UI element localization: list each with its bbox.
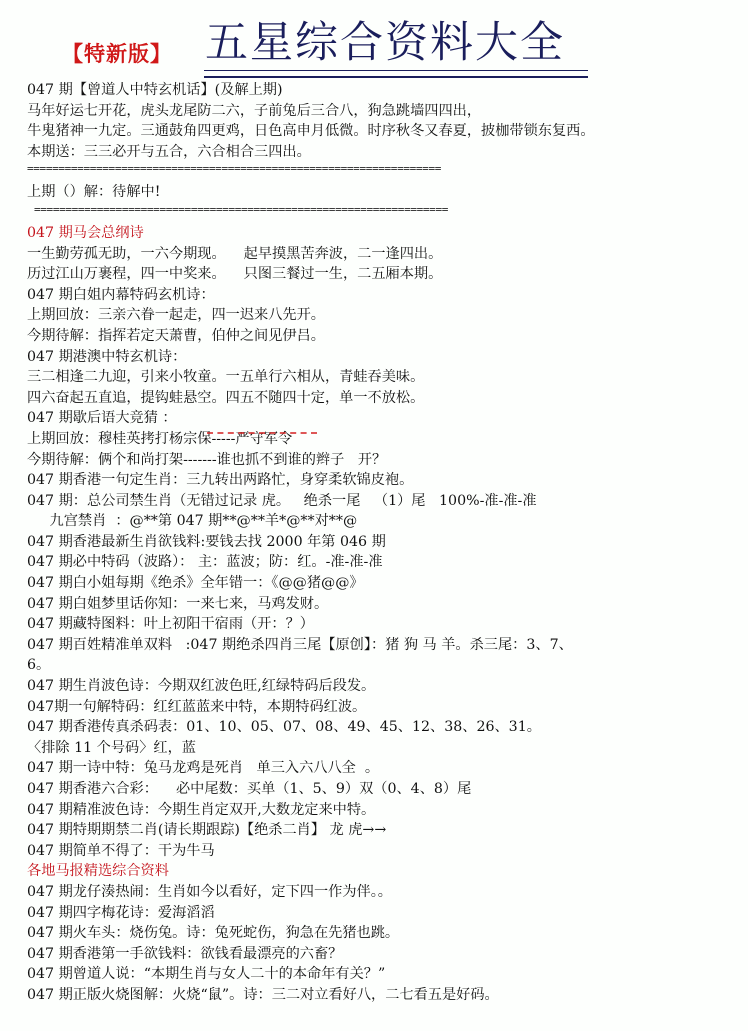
content-line: 047 期：总公司禁生肖（无错过记录 虎。 绝杀一尾 （1）尾 100%-准-准… [27, 491, 742, 512]
page-title: 五星综合资料大全 [205, 18, 565, 68]
content-line: 历过江山万裹程，四一中奖来。 只图三餐过一生，二五厢本期。 [27, 264, 742, 285]
content-line: 一生勤劳孤无助，一六今期现。 起早摸黑苦奔波，二一逢四出。 [27, 244, 742, 265]
content-line: 047 期曾道人说：“本期生肖与女人二十的本命年有关？” [27, 964, 742, 985]
edition-badge: 【特新版】 [62, 38, 172, 68]
content-line: 047 期生肖波色诗：今期双红波色旺,红绿特码后段发。 [27, 676, 742, 697]
content-line: 047 期简单不得了：干为牛马 [27, 841, 742, 862]
section-heading: 047 期马会总纲诗 [27, 223, 742, 244]
intro-line: 牛鬼猪神一九定。三通鼓角四更鸡，日色高申月低微。时序秋冬又春夏，披枷带锁东复西。 [27, 121, 742, 142]
section-heading: 各地马报精选综合资料 [27, 861, 742, 882]
content-line: 6。 [27, 655, 742, 676]
content-line: 三二相逢二九迎，引来小牧童。一五单行六相从，青蛙吞美味。 [27, 367, 742, 388]
content-line: 今期待解：指挥若定天萧曹，伯仲之间见伊吕。 [27, 326, 742, 347]
content-line: 047 期必中特码（波路）： 主：蓝波；防：红。-准-准-准 [27, 552, 742, 573]
content-line-with-overlay: 上期回放：穆桂英拷打杨宗保-----严守军令 [27, 429, 742, 450]
content-line: 047 期百姓精准单双料 :047 期绝杀四肖三尾【原创】：猪 狗 马 羊。杀三… [27, 635, 742, 656]
content-line: 〈排除 11 个号码〉红，蓝 [27, 738, 742, 759]
content-line: 047 期香港传真杀码表：01、10、05、07、08、49、45、12、38、… [27, 717, 742, 738]
content-line: 047期一句解特码：红红蓝蓝来中特，本期特码红波。 [27, 697, 742, 718]
content-line: 047 期特期期禁二肖(请长期跟踪)【绝杀二肖】 龙 虎→→ [27, 820, 742, 841]
content-line: 上期回放：穆桂英拷打杨宗保-----严守军令 [27, 429, 742, 450]
document-body: 047 期【曾道人中特玄机话】(及解上期) 马年好运七开花，虎头龙尾防二六，子前… [27, 80, 742, 1006]
content-line: 047 期香港第一手欲钱料：欲钱看最漂亮的六畜？ [27, 944, 742, 965]
content-line: 047 期白姐内幕特码玄机诗： [27, 285, 742, 306]
content-line: 047 期香港六合彩： 必中尾数：买单（1、5、9）双（0、4、8）尾 [27, 779, 742, 800]
content-line: 九宫禁肖 ：@**第 047 期**@**羊*@**对**@ [27, 511, 742, 532]
intro-line: 本期送：三三必开与五合，六合相合三四出。 [27, 142, 742, 163]
separator-rule: ========================================… [27, 203, 742, 217]
content-line: 047 期白姐梦里话你知：一来七来，马鸡发财。 [27, 594, 742, 615]
content-line: 047 期歇后语大竞猜 ： [27, 408, 742, 429]
content-line: 今期待解：俩个和尚打架-------谁也抓不到谁的辫子 开？ [27, 450, 742, 471]
content-line: 047 期藏特图料：叶上初阳干宿雨（开：？） [27, 614, 742, 635]
title-double-underline [204, 70, 588, 78]
content-line: 四六奋起五直追，提钩蛙悬空。四五不随四十定，单一不放松。 [27, 388, 742, 409]
content-line: 047 期一诗中特：兔马龙鸡是死肖 单三入六八八全 。 [27, 758, 742, 779]
content-line: 047 期香港最新生肖欲钱料:要钱去找 2000 年第 046 期 [27, 532, 742, 553]
last-answer: 上期（）解：待解中! [27, 182, 742, 203]
content-line: 047 期火车头：烧伤兔。诗：兔死蛇伤，狗急在先猪也跳。 [27, 923, 742, 944]
content-line: 047 期白小姐每期《绝杀》全年错一：《@@猪@@》 [27, 573, 742, 594]
content-line: 047 期正版火烧图解：火烧“鼠”。诗：三二对立看好八，二七看五是好码。 [27, 985, 742, 1006]
page-header: 【特新版】 五星综合资料大全 [0, 0, 748, 78]
red-scribble-overlay [207, 432, 317, 438]
content-line: 上期回放：三亲六眷一起走，四一迟来八先开。 [27, 305, 742, 326]
content-line: 047 期四字梅花诗：爱海滔滔 [27, 903, 742, 924]
content-line: 047 期龙仔湊热闹：生肖如今以看好，定下四一作为伴。。 [27, 882, 742, 903]
content-line: 047 期香港一句定生肖：三九转出两路忙，身穿柔软锦皮袍。 [27, 470, 742, 491]
intro-line: 马年好运七开花，虎头龙尾防二六，子前兔后三合八，狗急跳墙四四出， [27, 101, 742, 122]
intro-heading: 047 期【曾道人中特玄机话】(及解上期) [27, 80, 742, 101]
content-line: 047 期港澳中特玄机诗： [27, 347, 742, 368]
content-line: 047 期精准波色诗：今期生肖定双开,大数龙定来中特。 [27, 800, 742, 821]
separator-rule: ========================================… [27, 162, 742, 176]
